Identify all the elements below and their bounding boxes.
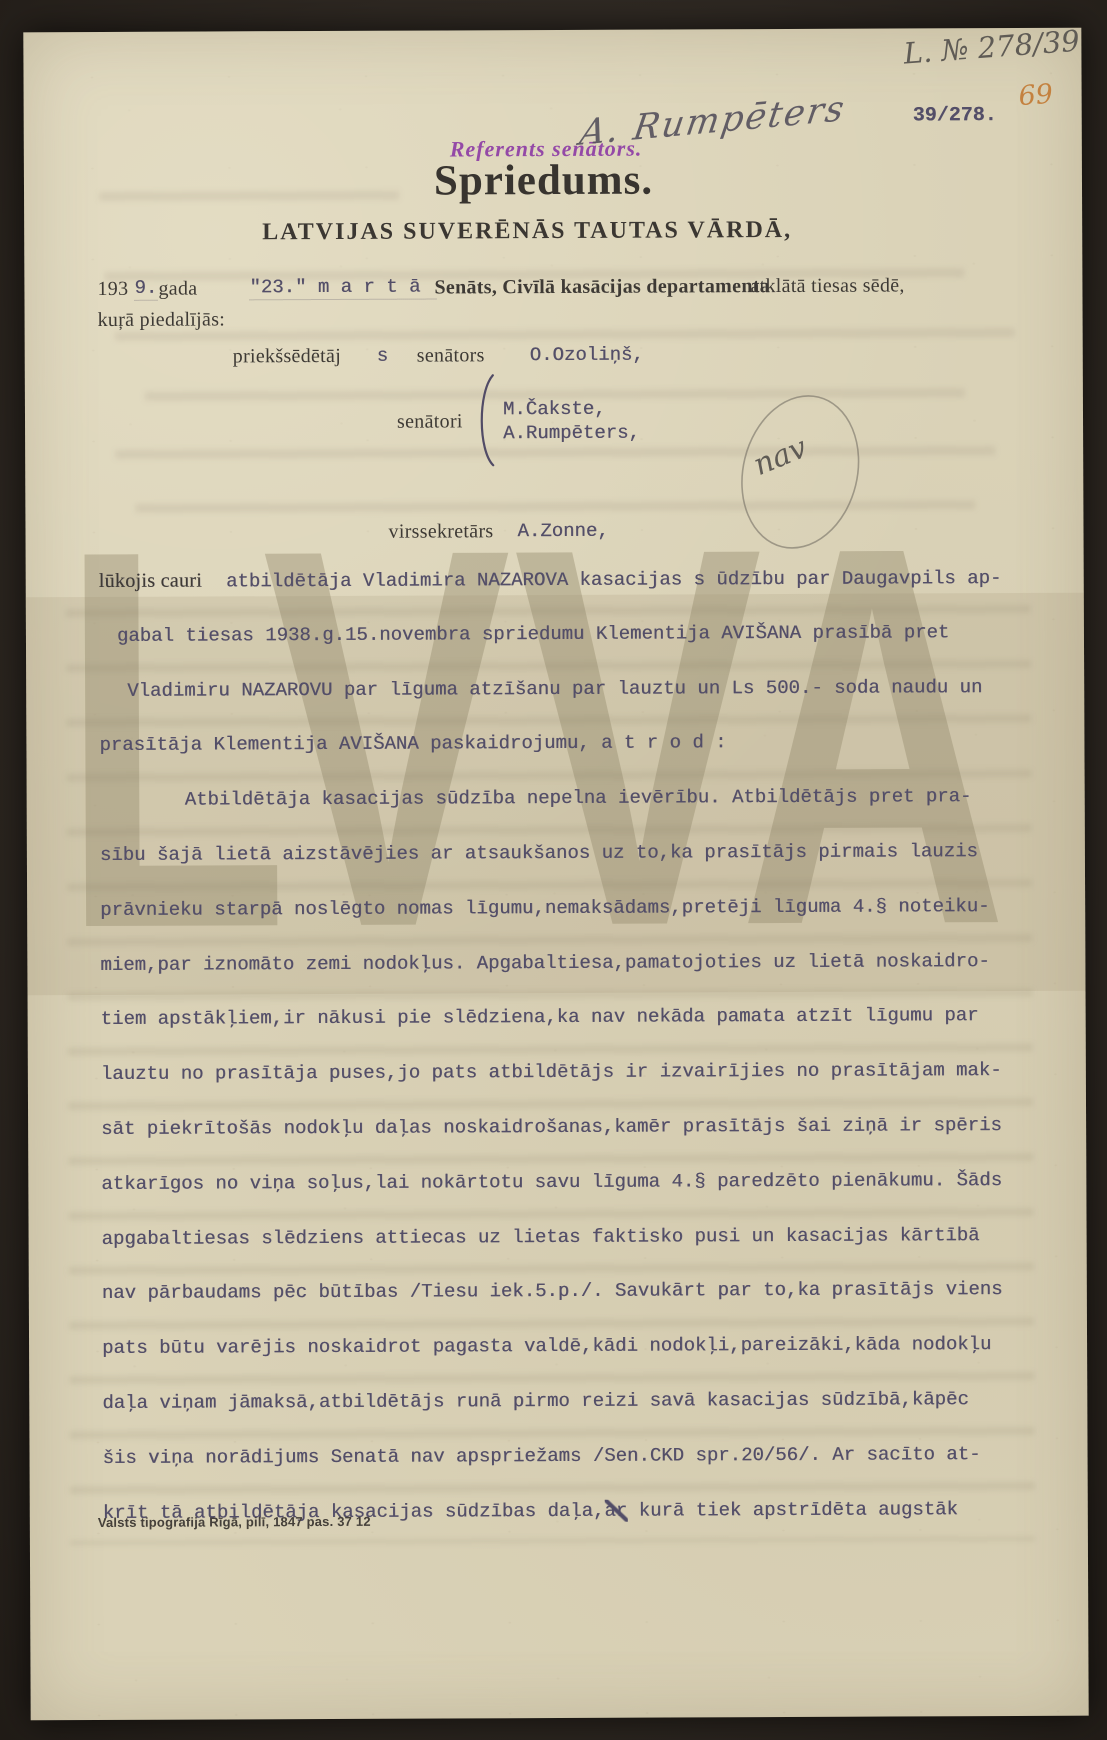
printed-lead: lūkojis cauri: [99, 570, 202, 592]
secretary-label: virssekretārs: [388, 520, 493, 543]
session-text: atklātā tiesas sēdē,: [750, 274, 904, 298]
photo-background: LVVA L. № 278/39 69 39/278. Referents se…: [0, 0, 1107, 1740]
year-prefix: 193: [97, 278, 128, 301]
chairman-title: senātors: [417, 344, 485, 367]
body-line: lūkojis cauriatbildētāja Vladimira NAZAR…: [99, 550, 1049, 609]
body-line: miem,par iznomāto zemi nodokļus. Apgabal…: [100, 933, 1050, 992]
body-line: prasītāja Klementija AVIŠANA paskaidroju…: [99, 714, 1049, 773]
document-subtitle: LATVIJAS SUVERĒNĀS TAUTAS VĀRDĀ,: [262, 217, 792, 246]
senators-label: senātori: [397, 410, 463, 433]
pencil-circle: [725, 387, 876, 558]
body-line: daļa viņam jāmaksā,atbildētājs runā pirm…: [102, 1372, 1052, 1431]
body-line: apgabaltiesas slēdziens attiecas uz liet…: [101, 1207, 1051, 1266]
chairman-letter-typed: s: [377, 345, 389, 367]
secretary-name-typed: A.Zonne,: [517, 520, 608, 542]
body-line: pats būtu varējis noskaidrot pagasta val…: [102, 1317, 1052, 1376]
chairman-label: priekšsēdētāj: [233, 345, 341, 368]
body-line: krīt tā atbildētāja kasacijas sūdzības d…: [103, 1481, 1053, 1540]
body-line: tiem apstākļiem,ir nākusi pie slēdziena,…: [101, 988, 1051, 1047]
bleed-through-smudge: [99, 191, 399, 201]
senator-name-2: A.Rumpēters,: [503, 422, 640, 445]
typed-case-number: 39/278.: [913, 104, 997, 127]
senator-name-1: M.Čakste,: [503, 398, 606, 420]
court-name: Senāts, Civīlā kasācijas departamenta: [434, 275, 770, 299]
year-digit-typed: 9.: [134, 277, 157, 301]
body-line: nav pārbaudams pēc būtības /Tiesu iek.5.…: [102, 1262, 1052, 1321]
body-line: Atbildētāja kasacijas sūdzība nepelna ie…: [100, 769, 1050, 828]
body-line: sāt piekrītošās nodokļu daļas noskaidroš…: [101, 1098, 1051, 1157]
brace-mark: [471, 372, 497, 468]
struck-text: ar: [604, 1499, 627, 1521]
body-line: Vladimiru NAZAROVU par līguma atzīšanu p…: [99, 659, 1049, 718]
document-page: LVVA L. № 278/39 69 39/278. Referents se…: [23, 28, 1088, 1721]
body-line: atkarīgos no viņa soļus,lai nokārtotu sa…: [101, 1153, 1051, 1212]
printer-imprint: Valsts tipografija Rīgā, pilī, 1847 pas.…: [98, 1514, 371, 1530]
body-line: šis viņa norādijums Senatā nav apsprieža…: [102, 1427, 1052, 1486]
bleed-through-smudge: [115, 328, 1015, 341]
body-line: lauztu no prasītāja puses,jo pats atbild…: [101, 1043, 1051, 1102]
pencil-page-number: 69: [1018, 79, 1055, 112]
document-title: Spriedums.: [434, 156, 653, 206]
senator-signature: A. Rumpēters: [577, 89, 848, 154]
body-line: prāvnieku starpā noslēgto nomas līgumu,n…: [100, 879, 1050, 938]
date-typed: "23." m a r t ā: [249, 276, 436, 301]
chairman-name-typed: O.Ozoliņš,: [530, 344, 644, 366]
year-suffix: gada: [158, 278, 197, 301]
body-line: sību šajā lietā aizstāvējies ar atsaukša…: [100, 824, 1050, 883]
attended-label: kuŗā piedalījās:: [98, 308, 226, 332]
body-line: gabal tiesas 1938.g.15.novembra spriedum…: [99, 605, 1049, 664]
handwritten-file-number: L. № 278/39: [902, 24, 1080, 71]
body-text: lūkojis cauriatbildētāja Vladimira NAZAR…: [99, 550, 1053, 1540]
